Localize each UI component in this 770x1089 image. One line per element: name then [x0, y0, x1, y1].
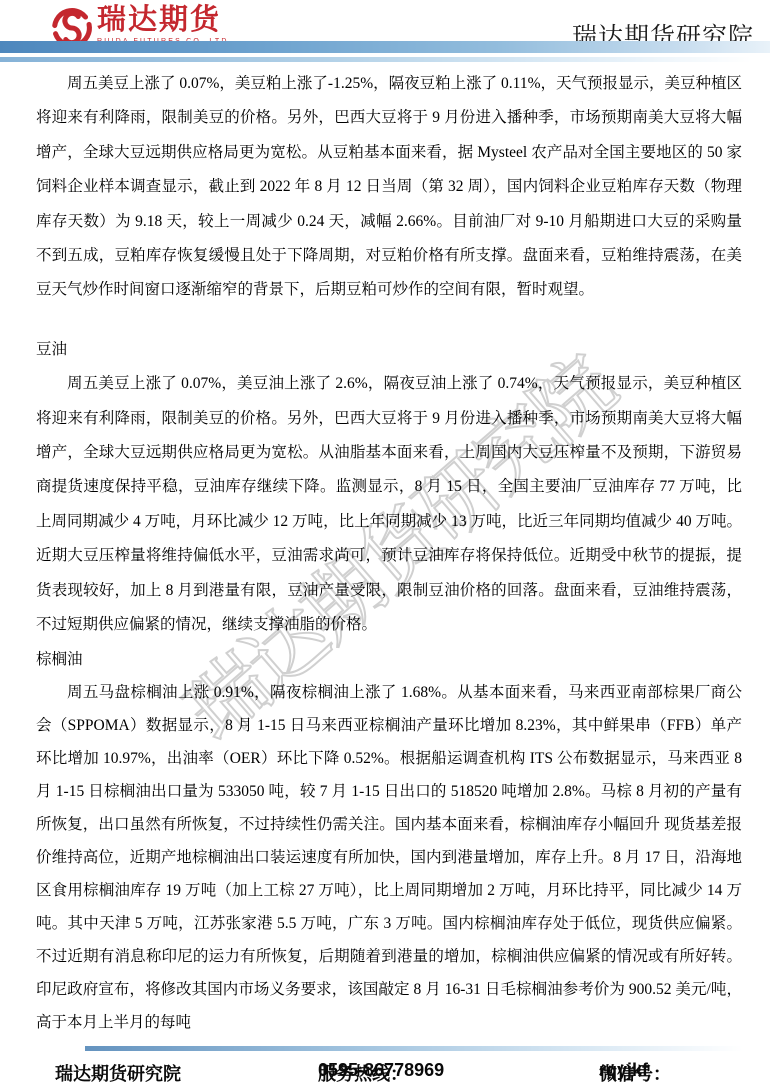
page-footer: 瑞达期货研究院 服务热线：0595-86778969 微信号：rqyjkf [0, 1060, 770, 1086]
paragraph-soyoil: 周五美豆上涨了 0.07%，美豆油上涨了 2.6%，隔夜豆油上涨了 0.74%，… [36, 367, 742, 642]
report-page: 瑞达期货 RUIDA FUTURES CO.,LTD. 瑞达期货研究院 瑞达期货… [0, 0, 770, 1089]
footer-wechat-id: rqyjkf [599, 1060, 648, 1081]
paragraph-palmoil: 周五马盘棕榈油上涨 0.91%，隔夜棕榈油上涨了 1.68%。从基本面来看，马来… [36, 676, 742, 1039]
section-heading-soyoil: 豆油 [36, 333, 742, 367]
footer-institute: 瑞达期货研究院 [55, 1060, 181, 1086]
logo-text: 瑞达期货 RUIDA FUTURES CO.,LTD. [97, 4, 233, 45]
paragraph-soymeal: 周五美豆上涨了 0.07%，美豆粕上涨了-1.25%，隔夜豆粕上涨了 0.11%… [36, 67, 742, 308]
section-gap [36, 308, 742, 333]
section-heading-palmoil: 棕榈油 [36, 643, 742, 676]
footer-hotline-number: 0595-86778969 [318, 1060, 444, 1081]
logo-company-name: 瑞达期货 [97, 4, 233, 36]
header-divider-primary [0, 41, 770, 53]
footer-divider [85, 1046, 743, 1051]
report-body: 周五美豆上涨了 0.07%，美豆粕上涨了-1.25%，隔夜豆粕上涨了 0.11%… [36, 62, 742, 1039]
